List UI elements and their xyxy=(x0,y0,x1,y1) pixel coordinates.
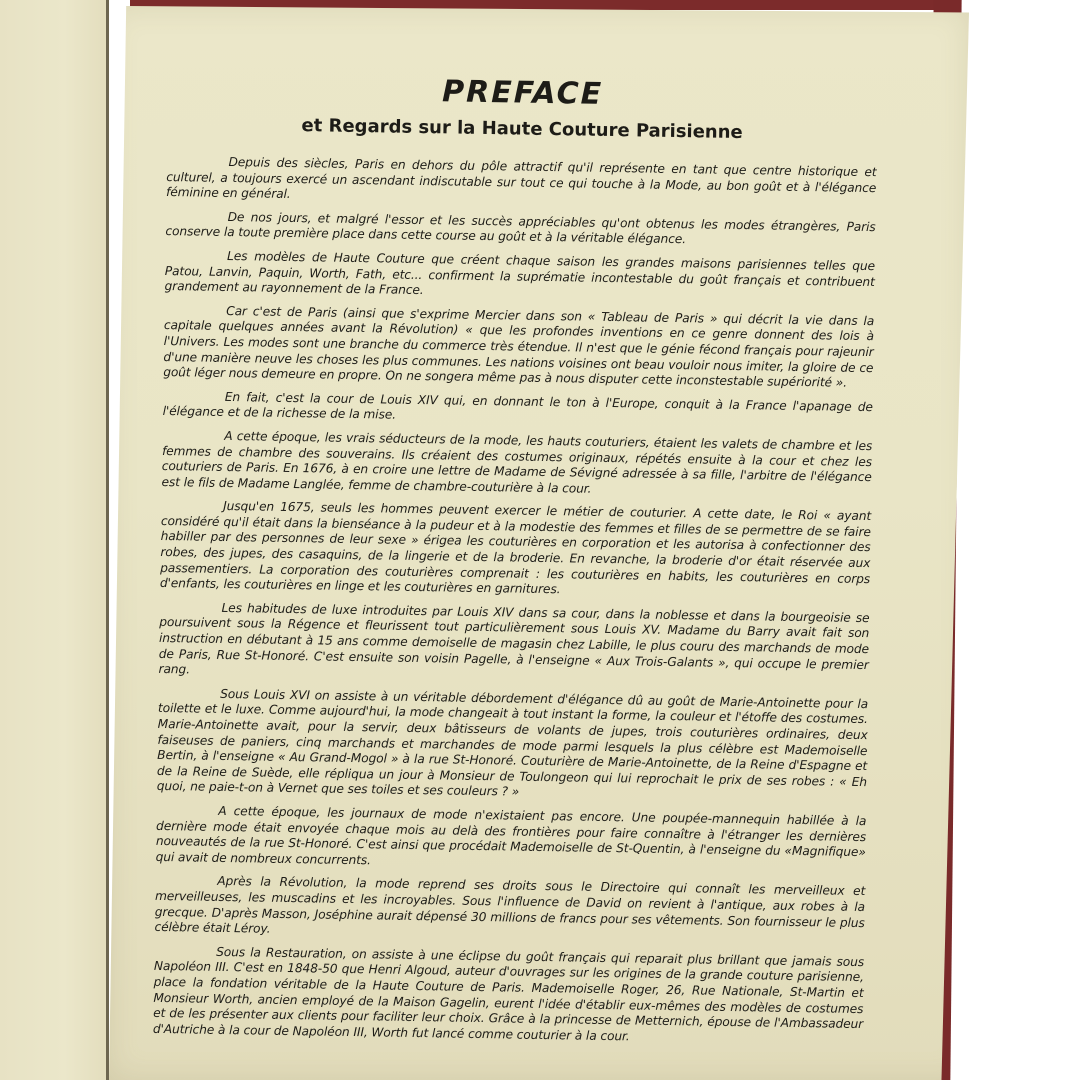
paragraph: Car c'est de Paris (ainsi que s'exprime … xyxy=(163,303,874,392)
paragraph: Jusqu'en 1675, seuls les hommes peuvent … xyxy=(160,498,871,603)
paragraph: En fait, c'est la cour de Louis XIV qui,… xyxy=(163,389,873,431)
paragraph: Sous Louis XVI on assiste à un véritable… xyxy=(157,686,869,806)
paragraph: A cette époque, les journaux de mode n'e… xyxy=(156,803,867,877)
paragraph: Après la Révolution, la mode reprend ses… xyxy=(154,873,865,947)
paragraph: De nos jours, et malgré l'essor et les s… xyxy=(165,209,875,251)
page-subtitle: et Regards sur la Haute Couture Parisien… xyxy=(167,113,877,145)
book-gutter xyxy=(106,0,109,1080)
paragraph: Les habitudes de luxe introduites par Lo… xyxy=(158,600,869,689)
page-content: PREFACE et Regards sur la Haute Couture … xyxy=(153,70,878,1056)
paragraph: Depuis des siècles, Paris en dehors du p… xyxy=(166,154,877,212)
paragraph: Sous la Restauration, on assiste à une é… xyxy=(153,944,864,1049)
paragraph: Les modèles de Haute Couture que créent … xyxy=(164,248,875,306)
left-facing-page xyxy=(0,0,108,1080)
paragraph: A cette époque, les vrais séducteurs de … xyxy=(161,428,872,502)
